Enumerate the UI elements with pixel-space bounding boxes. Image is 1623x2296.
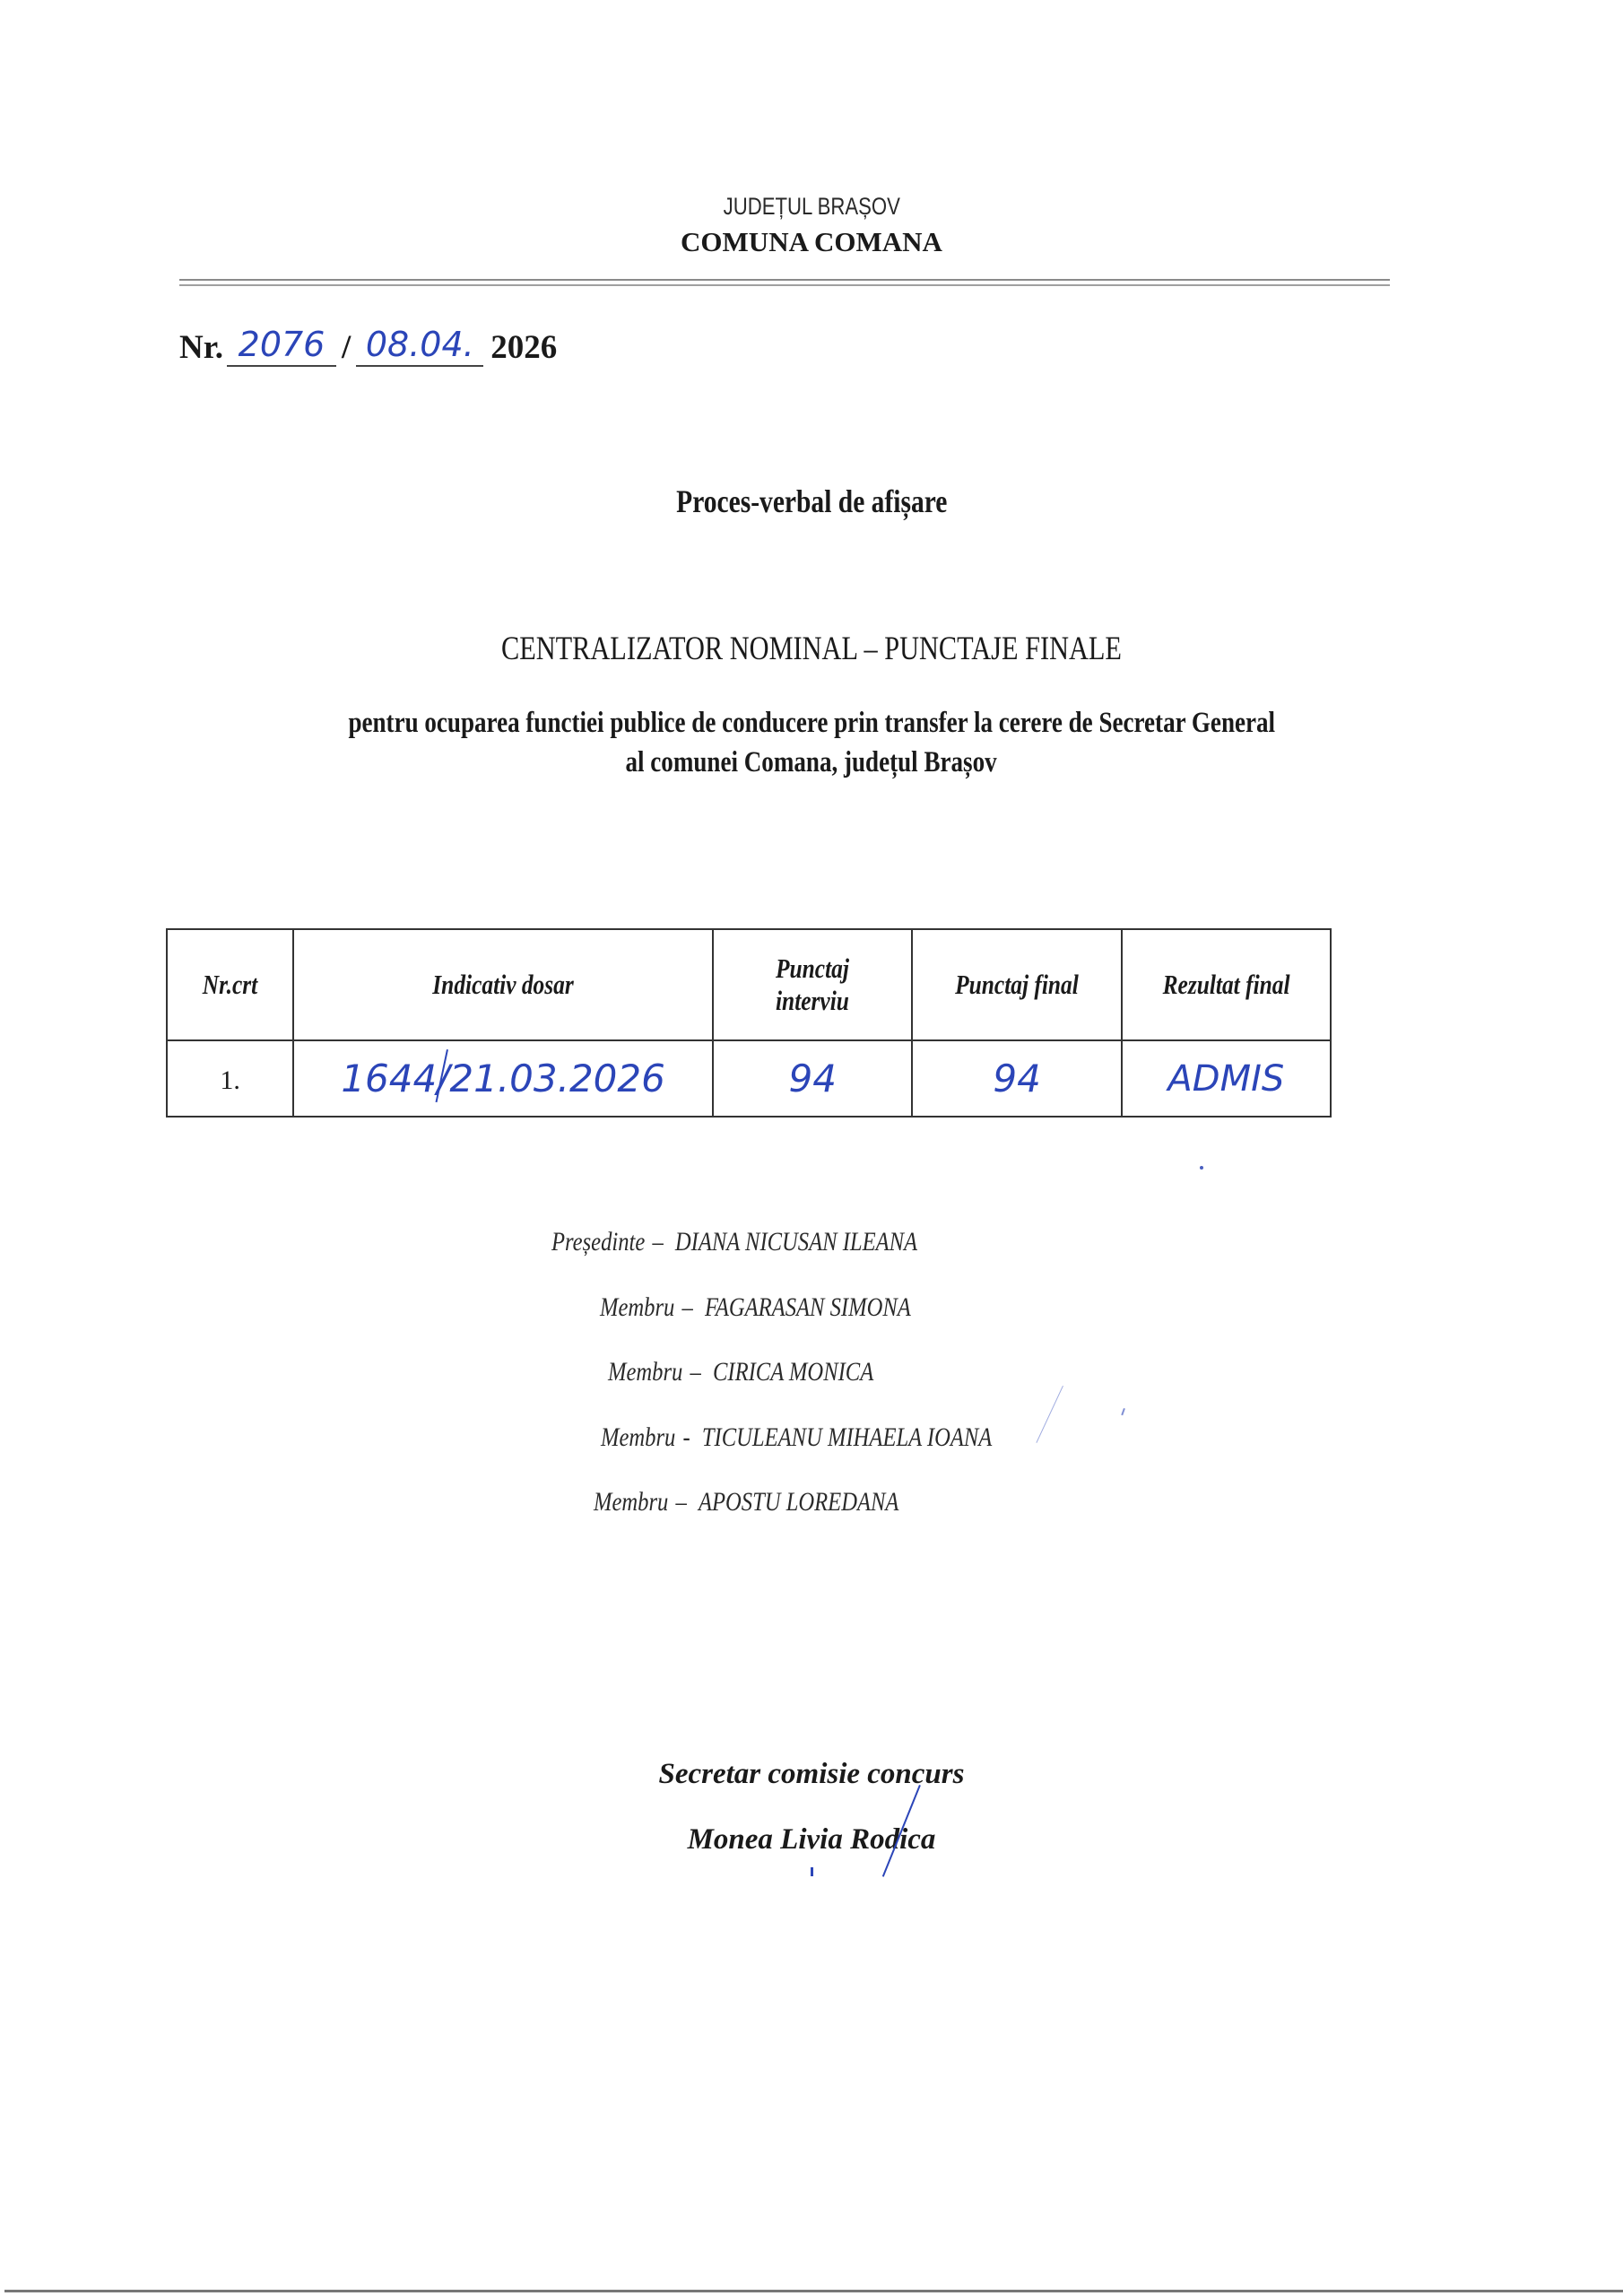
header-indicativ-dosar: Indicativ dosar xyxy=(293,929,713,1040)
table-header-row: Nr.crt Indicativ dosar Punctaj interviu … xyxy=(167,929,1331,1040)
handwritten-number: 2076 xyxy=(239,325,325,364)
header-nr-crt: Nr.crt xyxy=(167,929,293,1040)
results-table: Nr.crt Indicativ dosar Punctaj interviu … xyxy=(166,928,1332,1118)
registration-prefix: Nr. xyxy=(179,328,223,367)
cell-punctaj-final: 94 xyxy=(912,1040,1121,1117)
subtitle-line-2: al comunei Comana, județul Brașov xyxy=(0,746,1623,779)
commission-president: Președinte–DIANA NICUSAN ILEANA xyxy=(551,1227,998,1257)
registration-number-field: 2076 xyxy=(227,325,336,367)
page-bottom-rule xyxy=(4,2290,1623,2292)
commission-member: Membru–FAGARASAN SIMONA xyxy=(600,1292,979,1323)
registration-date-field: 08.04. xyxy=(356,325,483,367)
subtitle-line-1: pentru ocuparea functiei publice de cond… xyxy=(0,707,1623,740)
county-heading: JUDEȚUL BRAȘOV xyxy=(0,193,1623,221)
header-rezultat-final: Rezultat final xyxy=(1122,929,1331,1040)
header-punctaj-final: Punctaj final xyxy=(912,929,1121,1040)
commission-member: Membru–CIRICA MONICA xyxy=(608,1357,932,1387)
secretary-title: Secretar comisie concurs xyxy=(0,1758,1623,1791)
registration-year: 2026 xyxy=(490,328,557,367)
table-row: 1. 1644/21.03.2026 94 94 ADMIS xyxy=(167,1040,1331,1117)
cell-indicativ-dosar: 1644/21.03.2026 xyxy=(293,1040,713,1117)
commune-heading: COMUNA COMANA xyxy=(0,226,1623,258)
handwritten-date: 08.04. xyxy=(366,325,474,364)
registration-separator: / xyxy=(342,328,351,367)
ink-dot xyxy=(1200,1166,1203,1170)
header-punctaj-interviu: Punctaj interviu xyxy=(713,929,913,1040)
cell-punctaj-interviu: 94 xyxy=(713,1040,913,1117)
cell-nr-crt: 1. xyxy=(167,1040,293,1117)
cell-rezultat-final: ADMIS xyxy=(1122,1040,1331,1117)
secretary-name: Monea Livia Rodica xyxy=(0,1823,1623,1857)
commission-member: Membru–APOSTU LOREDANA xyxy=(594,1487,966,1518)
header-divider-bottom xyxy=(179,284,1390,286)
document-title: Proces-verbal de afișare xyxy=(0,483,1623,520)
signature-mark xyxy=(1121,1408,1125,1415)
main-title: CENTRALIZATOR NOMINAL – PUNCTAJE FINALE xyxy=(0,630,1623,668)
commission-member: Membru-TICULEANU MIHAELA IOANA xyxy=(601,1422,1078,1453)
header-divider-top xyxy=(179,279,1390,281)
registration-number: Nr. 2076 / 08.04. 2026 xyxy=(179,325,557,367)
secretary-signature-mark xyxy=(811,1867,813,1876)
